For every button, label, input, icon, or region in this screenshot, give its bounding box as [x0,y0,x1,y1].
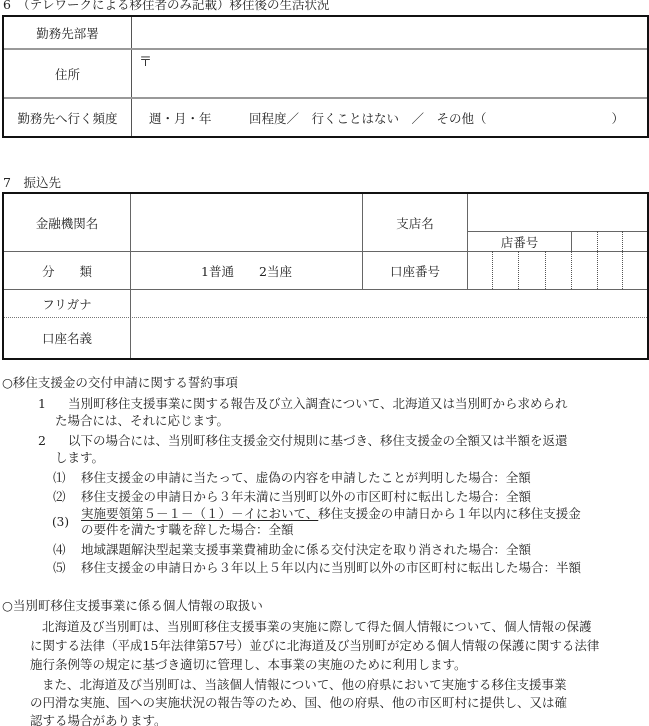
living-status-table: 勤務先部署 住所 〒 勤務先へ行く頻度 週・月・年 回程度／ 行くことはない ／… [2,15,649,138]
privacy-line: 認する場合があります。 [30,713,167,726]
account-type-options[interactable]: 1普通 2当座 [131,252,362,289]
subitem-number: ⑵ [53,489,66,505]
address-field[interactable]: 〒 [132,50,647,97]
commute-frequency-row: 勤務先へ行く頻度 週・月・年 回程度／ 行くことはない ／ その他（ ） [4,99,647,136]
privacy-line: 施行条例等の規定に基づき適切に管理し、本事業の実施のために利用します。 [30,657,467,673]
commute-frequency-label: 勤務先へ行く頻度 [4,99,132,136]
workplace-department-label: 勤務先部署 [4,17,132,48]
address-label: 住所 [4,50,132,97]
subitem-text: 移住支援金の申請日から３年以上５年以内に当別町以外の市区町村に転出した場合：半額 [81,560,581,576]
section6-title: 6 （テレワークによる移住者のみ記載）移住後の生活状況 [3,0,329,13]
workplace-department-row: 勤務先部署 [4,17,647,50]
account-type-label: 分 類 [4,252,130,289]
section7-title: 7 振込先 [3,175,61,191]
branch-name-label: 支店名 [363,194,467,251]
address-row: 住所 〒 [4,50,647,99]
commute-frequency-options: 週・月・年 回程度／ 行くことはない ／ その他（ ） [149,109,624,127]
postal-mark: 〒 [139,51,152,70]
privacy-line: 北海道及び当別町は、当別町移住支援事業の実施に際して得た個人情報について、個人情… [42,619,592,635]
pledge-item1-line2: た場合には、それに応じます。 [55,413,229,429]
branch-name-field[interactable] [468,194,647,231]
privacy-title: ○当別町移住支援事業に係る個人情報の取扱い [2,598,263,614]
furigana-label: フリガナ [4,290,130,317]
privacy-line: また、北海道及び当別町は、当該個人情報について、他の府県において実施する移住支援… [42,677,567,693]
account-holder-field[interactable] [131,318,647,358]
subitem-text: 地域課題解決型起業支援事業費補助金に係る交付決定を取り消された場合：全額 [81,542,531,558]
pledge-item2-line2: します。 [55,450,104,466]
subitem-text: 移住支援金の申請日から３年未満に当別町以外の市区町村に転出した場合：全額 [81,489,531,505]
branch-number-label: 店番号 [468,232,571,251]
commute-frequency-field[interactable]: 週・月・年 回程度／ 行くことはない ／ その他（ ） [132,99,647,136]
subitem-number: ⑴ [53,470,66,486]
furigana-field[interactable] [131,290,647,317]
workplace-department-field[interactable] [132,17,647,48]
pledge-item2-line1: 以下の場合には、当別町移住支援金交付規則に基づき、移住支援金の全額又は半額を返還 [68,433,568,449]
account-number-field[interactable] [468,252,647,289]
bank-transfer-table: 金融機関名 支店名 店番号 分 類 1普通 2当座 口座番号 フリガナ 口座名義 [2,192,649,360]
subitem-text: 移住支援金の申請に当たって、虚偽の内容を申請したことが判明した場合：全額 [81,470,531,486]
bank-name-label: 金融機関名 [4,194,130,251]
subitem-number: (3) [52,514,69,530]
subitem-number: ⑸ [53,560,66,576]
subitem-text-line2: の要件を満たす職を辞した場合：全額 [81,522,294,538]
pledge-item2-number: 2 [38,433,46,449]
subitem-number: ⑷ [53,542,66,558]
bank-name-field[interactable] [131,194,362,251]
underlined-reference: 実施要領第５－１－（１）－イにおいて、 [81,506,318,521]
subitem-text: 実施要領第５－１－（１）－イにおいて、移住支援金の申請日から１年以内に移住支援金 [81,506,581,522]
account-number-label: 口座番号 [363,252,467,289]
account-holder-label: 口座名義 [4,318,130,358]
branch-number-field[interactable] [572,232,647,251]
privacy-line: の円滑な実施、国への実施状況の報告等のため、国、他の府県、他の市区町村に提供し、… [30,695,567,711]
pledge-item1-line1: 当別町移住支援事業に関する報告及び立入調査について、北海道又は当別町から求められ [68,396,568,412]
pledge-title: ○移住支援金の交付申請に関する誓約事項 [2,375,238,391]
pledge-item1-number: 1 [38,396,46,412]
subitem-text-rest: 移住支援金の申請日から１年以内に移住支援金 [318,506,581,521]
privacy-line: に関する法律（平成15年法律第57号）並びに北海道及び当別町が定める個人情報の保… [30,638,599,654]
